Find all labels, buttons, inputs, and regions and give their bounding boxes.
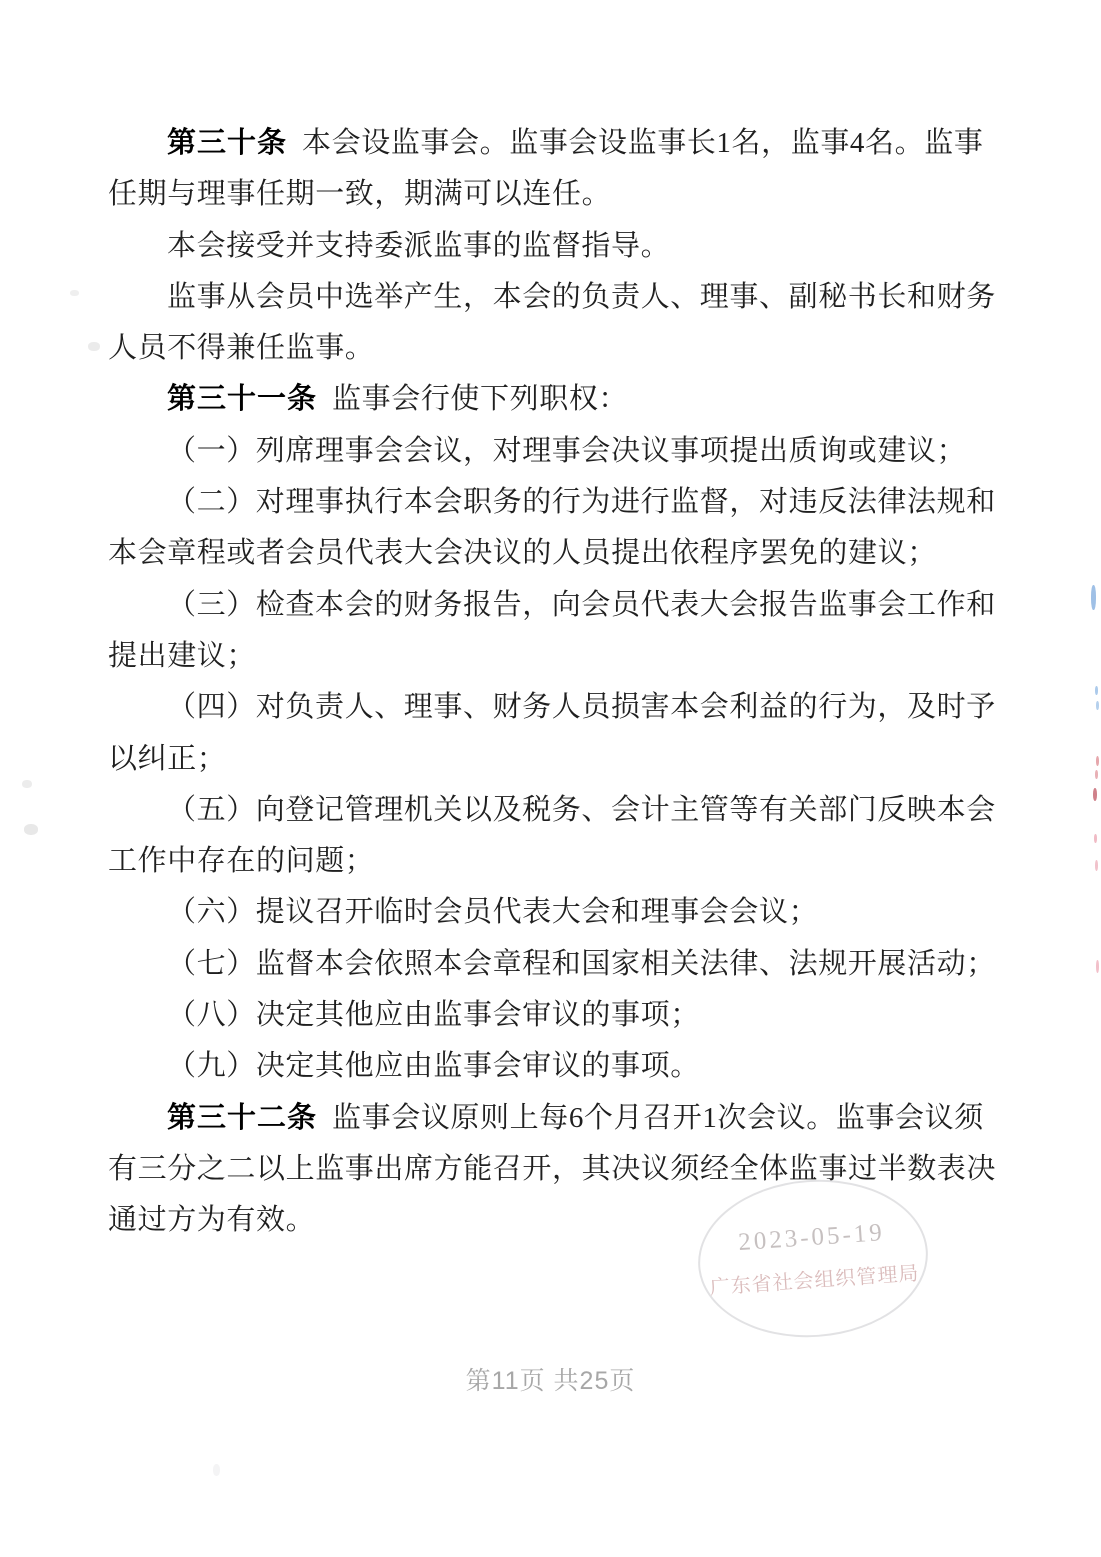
page-number-footer: 第11页 共25页 xyxy=(0,1361,1101,1397)
scan-artifact xyxy=(1095,770,1098,779)
text-line: （八）决定其他应由监事会审议的事项； xyxy=(108,990,992,1041)
line-text: 监事从会员中选举产生，本会的负责人、理事、副秘书长和财务 xyxy=(167,281,996,313)
article-number: 第三十一条 xyxy=(167,383,317,415)
scan-artifact xyxy=(1096,756,1099,766)
line-text: （九）决定其他应由监事会审议的事项。 xyxy=(167,1050,700,1082)
line-text: 监事会议原则上每6个月召开1次会议。监事会议须 xyxy=(332,1102,984,1134)
line-text: 监事会行使下列职权： xyxy=(332,383,628,415)
stamp-agency-name: 广东省社会组织管理局 xyxy=(709,1257,921,1301)
scan-artifact xyxy=(1095,686,1098,695)
text-line: 通过方为有效。 xyxy=(108,1195,992,1246)
line-text: 提出建议； xyxy=(108,640,256,672)
scan-artifact xyxy=(1096,701,1099,710)
line-text: （七）监督本会依照本会章程和国家相关法律、法规开展活动； xyxy=(167,948,996,980)
line-text: （二）对理事执行本会职务的行为进行监督，对违反法律法规和 xyxy=(167,486,996,518)
scan-artifact xyxy=(1096,960,1099,973)
text-line: （九）决定其他应由监事会审议的事项。 xyxy=(108,1041,992,1092)
text-line: 工作中存在的问题； xyxy=(108,836,992,887)
line-text: （四）对负责人、理事、财务人员损害本会利益的行为，及时予 xyxy=(167,691,996,723)
line-text: （八）决定其他应由监事会审议的事项； xyxy=(167,999,700,1031)
text-line: 提出建议； xyxy=(108,631,992,682)
scan-artifact xyxy=(22,780,32,788)
text-line: 任期与理事任期一致，期满可以连任。 xyxy=(108,169,992,220)
line-text: 工作中存在的问题； xyxy=(108,845,374,877)
text-line: 监事从会员中选举产生，本会的负责人、理事、副秘书长和财务 xyxy=(108,272,992,323)
line-text: （三）检查本会的财务报告，向会员代表大会报告监事会工作和 xyxy=(167,589,996,621)
article-number: 第三十二条 xyxy=(167,1102,317,1134)
text-line: （二）对理事执行本会职务的行为进行监督，对违反法律法规和 xyxy=(108,477,992,528)
document-page: 第三十条本会设监事会。监事会设监事长1名，监事4名。监事任期与理事任期一致，期满… xyxy=(0,0,1101,1557)
line-text: 通过方为有效。 xyxy=(108,1204,315,1236)
scan-artifact xyxy=(24,824,38,835)
text-line: 本会接受并支持委派监事的监督指导。 xyxy=(108,221,992,272)
line-text: （五）向登记管理机关以及税务、会计主管等有关部门反映本会 xyxy=(167,794,996,826)
line-text: 以纠正； xyxy=(108,743,226,775)
scan-artifact xyxy=(88,342,100,351)
line-text: 本会章程或者会员代表大会决议的人员提出依程序罢免的建议； xyxy=(108,537,937,569)
line-text: （一）列席理事会会议，对理事会决议事项提出质询或建议； xyxy=(167,435,966,467)
scan-artifact xyxy=(213,1464,220,1476)
text-line: （四）对负责人、理事、财务人员损害本会利益的行为，及时予 xyxy=(108,682,992,733)
scan-artifact xyxy=(1094,834,1097,843)
text-line: 第三十一条监事会行使下列职权： xyxy=(108,374,992,425)
text-line: 有三分之二以上监事出席方能召开，其决议须经全体监事过半数表决 xyxy=(108,1144,992,1195)
scan-artifact xyxy=(1093,788,1097,801)
line-text: 本会接受并支持委派监事的监督指导。 xyxy=(167,230,670,262)
line-text: 有三分之二以上监事出席方能召开，其决议须经全体监事过半数表决 xyxy=(108,1153,996,1185)
document-body: 第三十条本会设监事会。监事会设监事长1名，监事4名。监事任期与理事任期一致，期满… xyxy=(108,118,992,1247)
scan-artifact xyxy=(70,290,79,296)
text-line: （一）列席理事会会议，对理事会决议事项提出质询或建议； xyxy=(108,426,992,477)
text-line: 第三十二条监事会议原则上每6个月召开1次会议。监事会议须 xyxy=(108,1093,992,1144)
text-line: 第三十条本会设监事会。监事会设监事长1名，监事4名。监事 xyxy=(108,118,992,169)
line-text: 任期与理事任期一致，期满可以连任。 xyxy=(108,178,611,210)
text-line: （六）提议召开临时会员代表大会和理事会会议； xyxy=(108,887,992,938)
text-line: 本会章程或者会员代表大会决议的人员提出依程序罢免的建议； xyxy=(108,528,992,579)
text-line: （三）检查本会的财务报告，向会员代表大会报告监事会工作和 xyxy=(108,580,992,631)
article-number: 第三十条 xyxy=(167,127,287,159)
text-line: 人员不得兼任监事。 xyxy=(108,323,992,374)
line-text: 本会设监事会。监事会设监事长1名，监事4名。监事 xyxy=(302,127,983,159)
scan-artifact xyxy=(1095,860,1098,871)
scan-artifact xyxy=(1091,585,1096,610)
line-text: 人员不得兼任监事。 xyxy=(108,332,374,364)
text-line: （七）监督本会依照本会章程和国家相关法律、法规开展活动； xyxy=(108,939,992,990)
line-text: （六）提议召开临时会员代表大会和理事会会议； xyxy=(167,896,818,928)
text-line: （五）向登记管理机关以及税务、会计主管等有关部门反映本会 xyxy=(108,785,992,836)
text-line: 以纠正； xyxy=(108,734,992,785)
